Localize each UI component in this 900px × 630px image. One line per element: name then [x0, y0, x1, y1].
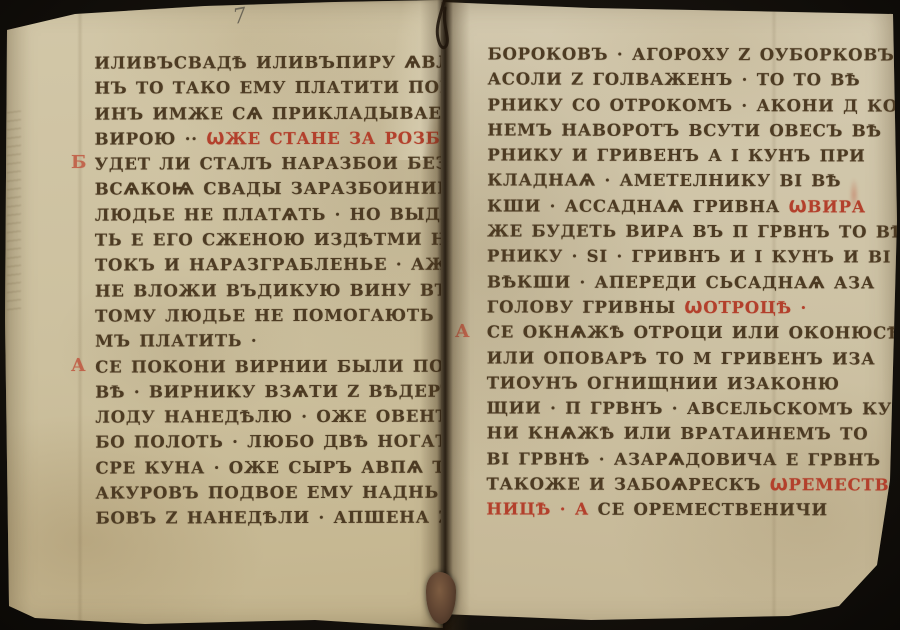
text-segment: АСОЛИ Z ГОЛВАЖЕНЪ · ТО ТО ВѢ: [488, 70, 861, 90]
text-segment: РНИКУ СО ОТРОКОМЪ · АКОНИ Д КО: [487, 95, 898, 115]
rubric-text-segment: НИЦѢ · А: [486, 500, 597, 519]
manuscript-line: ГОЛОВУ ГРИВНЫ ѠОТРОЦѢ ·: [487, 294, 900, 320]
text-segment: ВСѦКОѨ СВАДЫ ЗАРАЗБОИНИКА: [95, 179, 468, 199]
text-segment: ИНЪ ИМЖЕ СѦ ПРИКЛАДЫВАЕТЬ: [95, 103, 470, 123]
text-segment: КЛАДНАѦ · АМЕТЕЛНИКУ ВІ ВѢ: [487, 171, 841, 191]
manuscript-line: РНИКУ · ЅІ · ГРИВНЪ И І КУНЪ И ВІ: [487, 244, 900, 270]
text-segment: НЕМЪ НАВОРОТЪ ВСУТИ ОВЕСЪ ВѢ: [487, 120, 881, 140]
text-segment: СЕ ОКНѦЖѢ ОТРОЦИ ИЛИ ОКОНЮСѢ: [487, 323, 900, 343]
text-segment: СЕ ОРЕМЕСТВЕНИЧИ: [598, 500, 828, 520]
text-segment: ГОЛОВУ ГРИВНЫ: [487, 297, 685, 317]
text-segment: ЖЕ БУДЕТЬ ВИРА ВЪ П ГРВНЪ ТО ВѢ: [487, 222, 900, 242]
text-segment: КШИ · АССАДНАѦ ГРИВНА: [487, 196, 788, 216]
text-segment: НИ КНѦЖѢ ИЛИ ВРАТАИНЕМЪ ТО: [487, 424, 869, 444]
folio-number-left: 7: [231, 3, 248, 29]
manuscript-line: ИЛИ ОПОВАРѢ ТО М ГРИВЕНЪ ИЗА: [487, 345, 900, 371]
manuscript-line: РНИКУ И ГРИВЕНЪ А І КУНЪ ПРИ: [487, 143, 900, 169]
text-segment: РНИКУ · ЅІ · ГРИВНЪ И І КУНЪ И ВІ: [487, 247, 891, 267]
manuscript-line: ТИОУНЪ ОГНИЩНИИ ИЗАКОНЮ: [487, 370, 900, 396]
manuscript-line: ТАКОЖЕ И ЗАБОѦРЕСКЪ ѠРЕМЕСТВЕ: [486, 471, 900, 497]
rubric-text-segment: ѠРЕМЕСТВЕ: [770, 475, 900, 494]
manuscript-line: АСОЛИ Z ГОЛВАЖЕНЪ · ТО ТО ВѢ: [487, 67, 900, 93]
left-page: 7 ИЛИВЪСВАДѢ ИЛИВЪПИРУ ѦВЛЕНЪ ТО ТАКО ЕМ…: [5, 0, 443, 628]
right-page: 8 БОРОКОВЪ · АГОРОХУ Z ОУБОРКОВЪ ·АСОЛИ …: [441, 0, 898, 630]
rubric-text-segment: ѠВИРА: [789, 197, 866, 216]
manuscript-line: ЖЕ БУДЕТЬ ВИРА ВЪ П ГРВНЪ ТО ВѢ: [487, 219, 900, 245]
manuscript-photo: 7 ИЛИВЪСВАДѢ ИЛИВЪПИРУ ѦВЛЕНЪ ТО ТАКО ЕМ…: [0, 0, 900, 630]
margin-initial: Б: [71, 152, 86, 173]
text-segment: БОРОКОВЪ · АГОРОХУ Z ОУБОРКОВЪ ·: [488, 44, 900, 64]
rubric-text-segment: ѠОТРОЦѢ ·: [684, 298, 807, 317]
manuscript-line: ВІ ГРВНѢ · АЗАРѦДОВИЧА Е ГРВНЪ: [487, 446, 900, 472]
text-segment: УДЕТ ЛИ СТАЛЪ НАРАЗБОИ БЕЗЪ: [95, 154, 465, 174]
text-segment: РНИКУ И ГРИВЕНЪ А І КУНЪ ПРИ: [487, 146, 865, 166]
manuscript-line: БОРОКОВЪ · АГОРОХУ Z ОУБОРКОВЪ ·: [488, 41, 900, 67]
manuscript-line: ВѢКШИ · АПЕРЕДИ СЬСАДНАѦ АЗА: [487, 269, 900, 295]
text-segment: ИЛИВЪСВАДѢ ИЛИВЪПИРУ ѦВЛЕ: [94, 53, 465, 73]
manuscript-line: СЕ ОКНѦЖѢ ОТРОЦИ ИЛИ ОКОНЮСѢ: [487, 320, 900, 346]
right-text-column: БОРОКОВЪ · АГОРОХУ Z ОУБОРКОВЪ ·АСОЛИ Z …: [486, 41, 900, 523]
text-segment: МЪ ПЛАТИТЬ ·: [95, 331, 257, 350]
text-segment: ВІ ГРВНѢ · АЗАРѦДОВИЧА Е ГРВНЪ: [487, 449, 881, 469]
text-segment: ВѢКШИ · АПЕРЕДИ СЬСАДНАѦ АЗА: [487, 272, 875, 292]
binding-thread: [428, 0, 464, 60]
text-segment: ИЛИ ОПОВАРѢ ТО М ГРИВЕНЪ ИЗА: [487, 348, 876, 368]
manuscript-line: РНИКУ СО ОТРОКОМЪ · АКОНИ Д КО: [487, 92, 900, 118]
manuscript-line: НЕМЪ НАВОРОТЪ ВСУТИ ОВЕСЪ ВѢ: [487, 117, 900, 143]
text-segment: ТИОУНЪ ОГНИЩНИИ ИЗАКОНЮ: [487, 373, 840, 393]
spine-marginalia-marks: [7, 105, 21, 315]
manuscript-line: КЛАДНАѦ · АМЕТЕЛНИКУ ВІ ВѢ: [487, 168, 900, 194]
manuscript-line: НИЦѢ · А СЕ ОРЕМЕСТВЕНИЧИ: [486, 497, 900, 523]
binding-gutter: [420, 0, 470, 630]
margin-initial: А: [71, 355, 86, 376]
page-crease: [77, 0, 83, 628]
manuscript-line: ЩИИ · П ГРВНЪ · АВСЕЛЬСКОМЪ КУ: [487, 396, 900, 422]
manuscript-line: КШИ · АССАДНАѦ ГРИВНА ѠВИРА: [487, 193, 900, 219]
text-segment: ЩИИ · П ГРВНЪ · АВСЕЛЬСКОМЪ КУ: [487, 399, 892, 419]
manuscript-line: НИ КНѦЖѢ ИЛИ ВРАТАИНЕМЪ ТО: [487, 421, 900, 447]
text-segment: ТАКОЖЕ И ЗАБОѦРЕСКЪ: [486, 474, 769, 494]
text-segment: ВИРОЮ ··: [95, 129, 198, 148]
